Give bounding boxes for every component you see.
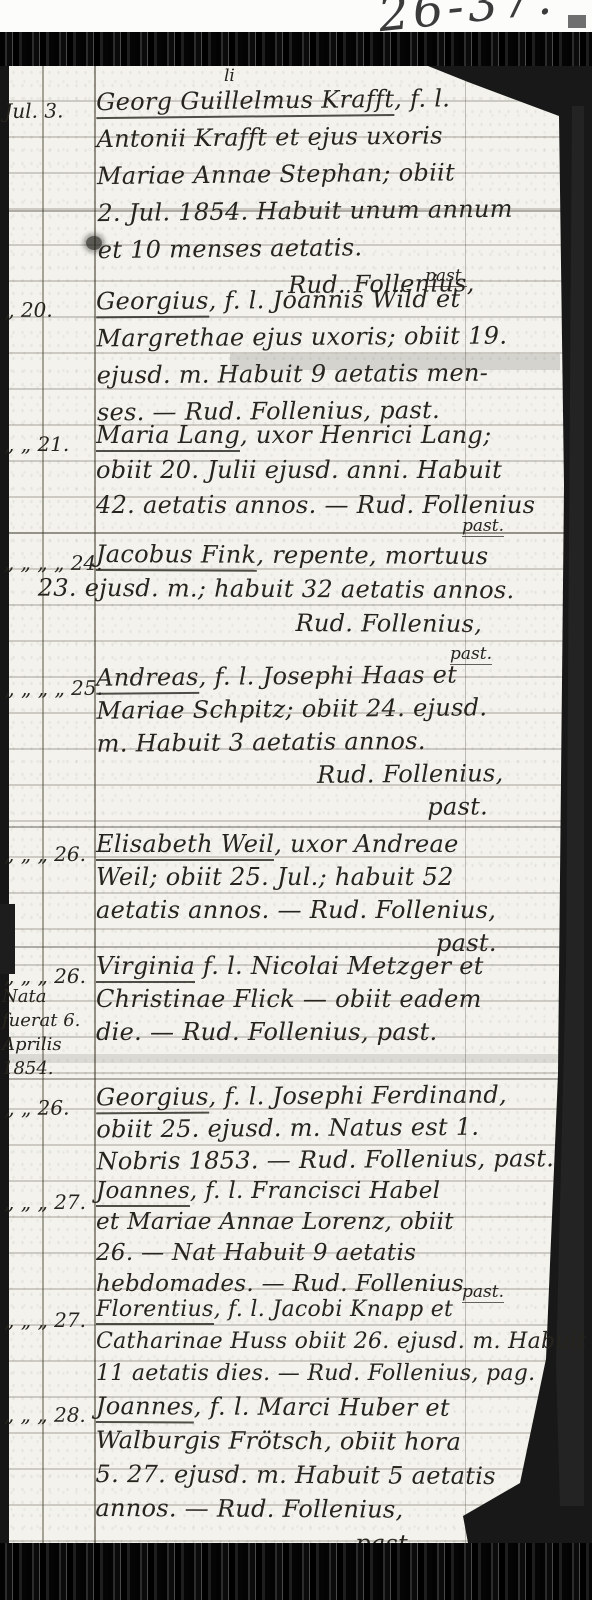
binding-band-bottom: [0, 1543, 592, 1600]
entry-text: Weil; obiit 25. Jul.; habuit 52: [96, 861, 582, 894]
signature: Rud. Follenius,: [317, 757, 583, 792]
entry-text: Antonii Krafft et ejus uxoris: [96, 116, 582, 158]
deceased-name: Elisabeth Weil: [96, 830, 274, 861]
entry-text: 5. 27. ejusd. m. Habuit 5 aetatis: [95, 1457, 581, 1494]
deceased-name: Virginia: [96, 952, 195, 983]
entry-text: Catharinae Huss obiit 26. ejusd. m. Habu…: [96, 1326, 582, 1358]
entry-text: 23. ejusd. m.; habuit 32 aetatis annos.: [38, 571, 582, 608]
entry-text: Walburgis Frötsch, obiit hora: [96, 1423, 582, 1460]
entry-text: obiit 25. ejusd. m. Natus est 1.: [96, 1110, 582, 1145]
pastor-abbreviation: past.: [462, 1282, 504, 1303]
register-page: Jul. 3. Georg Guillelmus Krafft, f. l. A…: [0, 66, 592, 1543]
entry-text: , f. l. Josephi Ferdinand,: [209, 1081, 507, 1111]
margin-note: Nata fuerat 6. Aprilis 1854.: [2, 985, 94, 1081]
entry-date: „ „ 21.: [4, 432, 94, 456]
entry-text: Mariae Annae Stephan; obiit: [97, 153, 583, 195]
scan-artifact-square: [568, 15, 586, 28]
entry-text: Mariae Schpitz; obiit 24. ejusd.: [96, 691, 582, 728]
deceased-name: Georgius: [96, 287, 209, 319]
deceased-name: Georg Guillelmus Krafft: [96, 85, 394, 119]
entry-text: Margrethae ejus uxoris; obiit 19.: [96, 317, 582, 357]
entry-text: , f. l. Marci Huber et: [194, 1392, 450, 1421]
deceased-name: Maria Lang: [96, 421, 240, 452]
entry-date: „ „ „ 28.: [4, 1402, 94, 1426]
scanned-register-page: 26-37. Jul. 3. Georg Guillelmus Krafft, …: [0, 0, 592, 1600]
signature: aetatis annos. — Rud. Follenius,: [96, 894, 582, 927]
entry-date: „ „ „ 27.: [4, 1190, 94, 1214]
pastor-abbreviation: past.: [450, 644, 492, 665]
entry-date: „ „ „ 26.: [4, 842, 94, 866]
deceased-name: Joannes: [96, 1392, 194, 1424]
entry-date: „ „ „ 27.: [4, 1308, 94, 1332]
entry-text: et Mariae Annae Lorenz, obiit: [96, 1207, 582, 1238]
pastor-abbreviation: past.: [462, 516, 504, 537]
signature-title: past.: [427, 789, 583, 823]
entry-text: obiit 20. Julii ejusd. anni. Habuit: [96, 453, 582, 488]
entry-text: et 10 menses aetatis.: [98, 227, 584, 269]
signature: Rud. Follenius,: [295, 606, 581, 641]
deceased-name: Georgius: [96, 1083, 209, 1115]
signature: Nobris 1853. — Rud. Follenius, past.: [96, 1142, 582, 1177]
entry-text: , uxor Henrici Lang;: [240, 421, 491, 449]
entry-text: 2. Jul. 1854. Habuit unum annum: [97, 190, 583, 232]
entry-text: , f. l. Jacobi Knapp et: [214, 1297, 454, 1322]
entry-text: , f. l. Josephi Haas et: [199, 661, 458, 691]
entry-text: , uxor Andreae: [274, 830, 458, 858]
deceased-name: Joannes: [96, 1178, 190, 1207]
signature: 42. aetatis annos. — Rud. Follenius: [96, 488, 582, 523]
entry-text: m. Habuit 3 aetatis annos.: [97, 724, 583, 761]
entry-text: Christinae Flick — obiit eadem: [96, 983, 582, 1016]
signature: 11 aetatis dies. — Rud. Follenius, pag.: [96, 1358, 582, 1390]
entry-text: f. l. Nicolai Metzger et: [195, 952, 484, 980]
entry-text: , f. l. Francisci Habel: [190, 1178, 440, 1204]
interlinear-correction: li: [224, 66, 235, 86]
signature: annos. — Rud. Follenius,: [95, 1491, 581, 1528]
entry-text: ejusd. m. Habuit 9 aetatis men-: [97, 354, 583, 394]
scan-top-margin: 26-37.: [0, 0, 592, 32]
entry-text: , f. l.: [394, 84, 450, 113]
folio-number-annotation: 26-37.: [376, 0, 559, 32]
entry-date: „ 20.: [4, 297, 94, 322]
deceased-name: Andreas: [96, 663, 199, 695]
deceased-name: Florentius: [96, 1297, 214, 1325]
deceased-name: Jacobus Fink: [96, 540, 257, 572]
pastor-abbreviation: past.: [425, 266, 467, 287]
entry-date: „ „ „ „ 25.: [4, 676, 94, 701]
signature: die. — Rud. Follenius, past.: [96, 1016, 582, 1049]
entry-date: Jul. 3.: [4, 98, 94, 123]
entry-text: 26. — Nat Habuit 9 aetatis: [96, 1238, 582, 1269]
entry-text: , f. l. Joannis Wild et: [209, 285, 461, 315]
entry-text: , repente, mortuus: [256, 541, 488, 570]
binding-band-top: [0, 32, 592, 66]
entry-date: „ „ 26.: [4, 1095, 94, 1120]
